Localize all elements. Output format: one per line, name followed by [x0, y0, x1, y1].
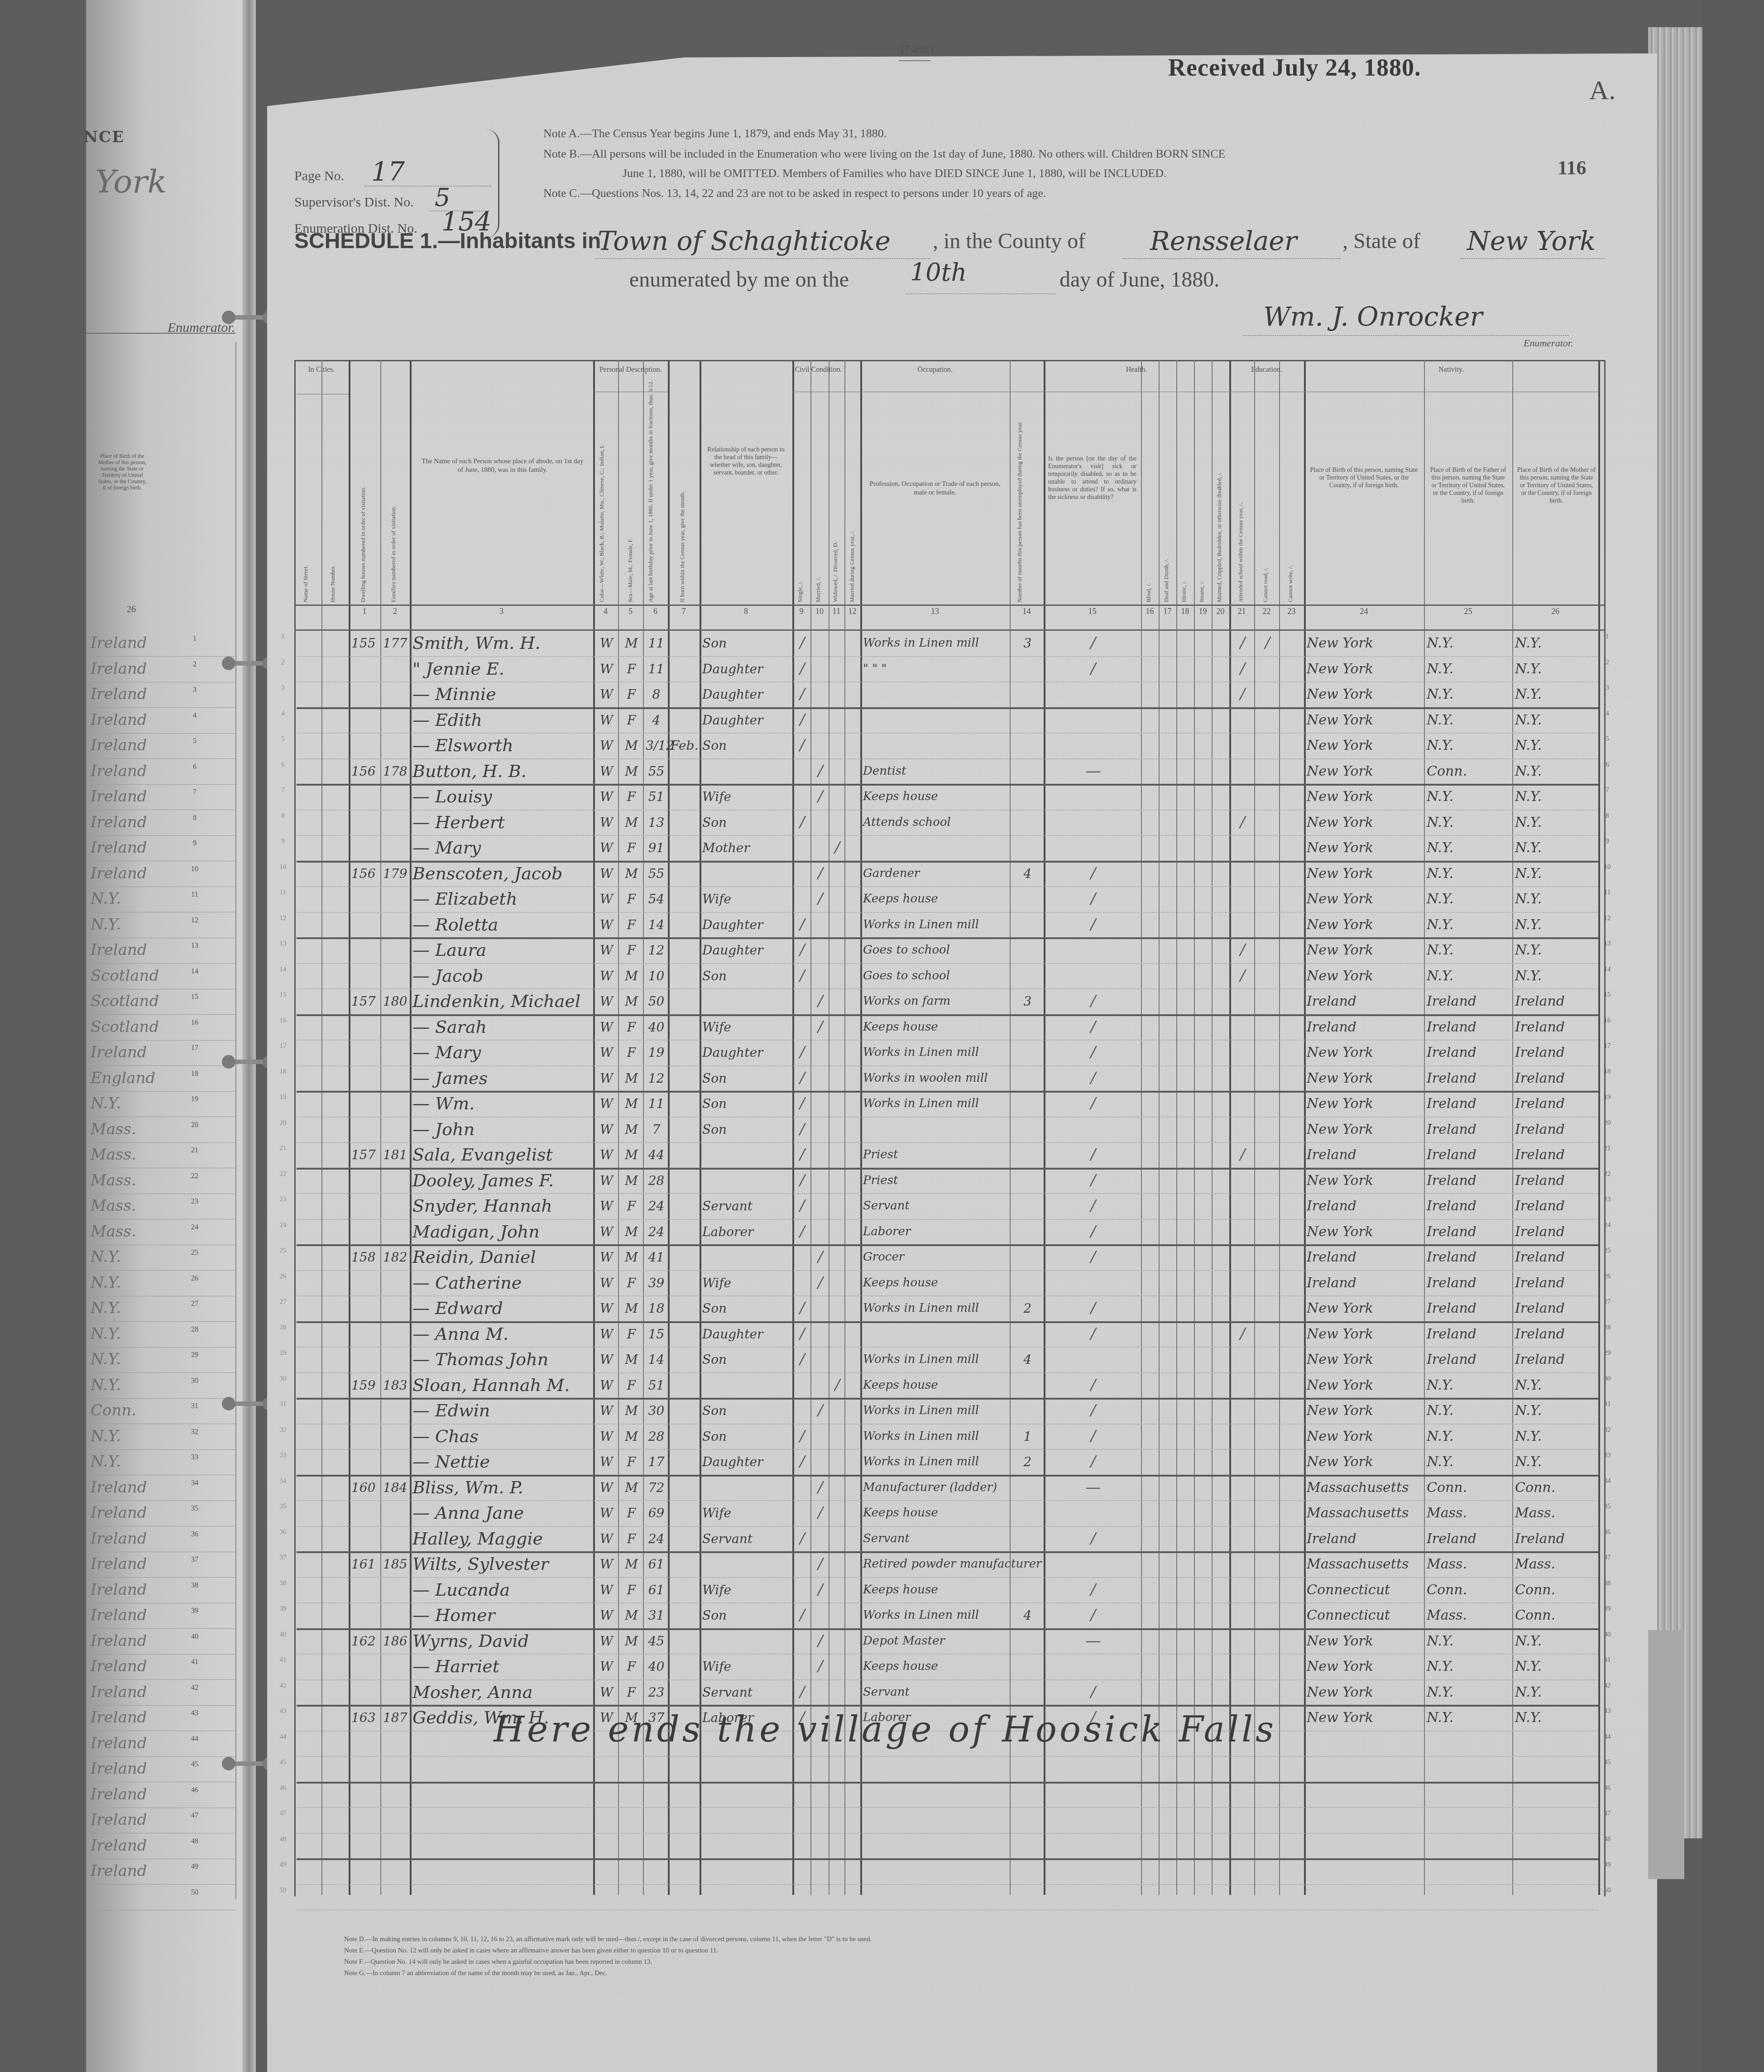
- cell-single: /: [795, 912, 810, 938]
- row-number: 42: [1601, 1682, 1614, 1690]
- cell-color: W: [596, 1014, 617, 1040]
- cell-read: [1257, 886, 1278, 912]
- previous-page-row-number: 14: [186, 968, 204, 976]
- cell-single: [795, 1014, 810, 1040]
- cell-widowed: [831, 1270, 844, 1296]
- cell-color: W: [596, 758, 617, 784]
- cell-c15: /: [1046, 1168, 1140, 1194]
- page-no-value: 17: [371, 156, 405, 187]
- cell-birth: Connecticut: [1307, 1577, 1423, 1603]
- cell-month: [671, 707, 699, 733]
- cell-married: [813, 1117, 828, 1142]
- cell-sex: M: [621, 733, 642, 758]
- cell-single: /: [795, 1449, 810, 1475]
- cell-age: 19: [646, 1040, 667, 1065]
- cell-father: Conn.: [1427, 1577, 1511, 1603]
- previous-page-row-number: 20: [186, 1121, 204, 1129]
- cell-name: Halley, Maggie: [412, 1526, 592, 1552]
- cell-c15: [1046, 1551, 1140, 1577]
- cell-sex: F: [621, 1654, 642, 1679]
- column-rule: [810, 360, 811, 1895]
- cell-name: Benscoten, Jacob: [412, 861, 592, 887]
- cell-widowed: [831, 1168, 844, 1194]
- column-number: 25: [1424, 607, 1512, 616]
- previous-page-entry: Ireland: [91, 1731, 235, 1757]
- column-rule: [1159, 360, 1160, 1895]
- enumerated-day-line: [906, 293, 1055, 294]
- cell-single: /: [795, 1193, 810, 1219]
- cell-family: [383, 886, 409, 912]
- cell-dwelling: [351, 1193, 379, 1219]
- group-header-rule: [792, 392, 860, 392]
- cell-family: [383, 1295, 409, 1321]
- cell-read: [1257, 810, 1278, 835]
- row-number-left: 29: [276, 1349, 290, 1357]
- column-number: 16: [1141, 607, 1159, 616]
- previous-page-row-number: 44: [186, 1735, 204, 1743]
- cell-occupation: [863, 707, 1009, 733]
- cell-occupation: Works in Linen mill: [863, 1295, 1009, 1321]
- cell-name: — Louisy: [412, 784, 592, 810]
- cell-occupation: [863, 733, 1009, 758]
- row-rule: [297, 1833, 1598, 1834]
- cell-relation: Wife: [702, 1270, 791, 1296]
- cell-sex: F: [621, 912, 642, 938]
- cell-single: /: [795, 1219, 810, 1245]
- cell-dwelling: 163: [351, 1705, 379, 1731]
- cell-single: /: [795, 1091, 810, 1117]
- previous-page-entry: Ireland: [91, 1756, 235, 1782]
- column-rule: [1194, 360, 1195, 1895]
- cell-read: [1257, 1449, 1278, 1475]
- cell-color: W: [596, 1219, 617, 1245]
- cell-single: [795, 1551, 810, 1577]
- cell-age: 11: [646, 656, 667, 682]
- row-number-left: 25: [276, 1247, 290, 1255]
- cell-married: [813, 835, 828, 861]
- cell-dwelling: [351, 1040, 379, 1065]
- cell-month: [671, 1424, 699, 1449]
- column-rule: [1512, 360, 1513, 1895]
- previous-page-row-number: 23: [186, 1198, 204, 1206]
- cell-married: [813, 1321, 828, 1347]
- cell-birth: New York: [1307, 630, 1423, 656]
- previous-page-row-number: 8: [186, 814, 204, 822]
- cell-read: [1257, 1551, 1278, 1577]
- column-rule: [1176, 360, 1177, 1895]
- row-number-left: 3: [276, 684, 290, 692]
- cell-occupation: Works in woolen mill: [863, 1065, 1009, 1091]
- previous-page-row-number: 47: [186, 1812, 204, 1820]
- column-number: 6: [643, 607, 668, 616]
- row-number: 14: [1601, 966, 1614, 974]
- previous-page-row-number: 39: [186, 1607, 204, 1615]
- cell-relation: Servant: [702, 1526, 791, 1552]
- cell-married: /: [813, 886, 828, 912]
- row-number: 1: [1601, 633, 1614, 641]
- cell-color: W: [596, 988, 617, 1014]
- column-number: 22: [1254, 607, 1279, 616]
- cell-widowed: [831, 656, 844, 682]
- cell-relation: Wife: [702, 886, 791, 912]
- cell-sex: M: [621, 988, 642, 1014]
- row-number: 34: [1601, 1477, 1614, 1485]
- previous-page-row-number: 3: [186, 686, 204, 694]
- cell-school: [1232, 1449, 1253, 1475]
- cell-unemployed: 1: [1012, 1424, 1043, 1449]
- cell-write: [1282, 1295, 1303, 1321]
- column-rule: [643, 360, 644, 1895]
- cell-school: /: [1232, 1321, 1253, 1347]
- cell-father: N.Y.: [1427, 886, 1511, 912]
- cell-occupation: Dentist: [863, 758, 1009, 784]
- cell-birth: New York: [1307, 784, 1423, 810]
- cell-relation: Son: [702, 1398, 791, 1424]
- cell-relation: Daughter: [702, 912, 791, 938]
- previous-page-row-number: 45: [186, 1760, 204, 1769]
- cell-c15: /: [1046, 1142, 1140, 1168]
- cell-sex: F: [621, 1040, 642, 1065]
- cell-dwelling: [351, 1295, 379, 1321]
- cell-write: [1282, 1577, 1303, 1603]
- previous-page-entry: N.Y.: [91, 1091, 235, 1117]
- footnote-f: Note F.—Question No. 14 will only be ask…: [344, 1958, 652, 1966]
- cell-c15: [1046, 681, 1140, 707]
- row-rule: [297, 1884, 1598, 1885]
- group-header-rule: [1229, 392, 1304, 392]
- cell-name: Wyrns, David: [412, 1628, 592, 1654]
- row-number-left: 5: [276, 735, 290, 743]
- enumerator-label: Enumerator.: [1524, 337, 1573, 349]
- cell-name: — Lucanda: [412, 1577, 592, 1603]
- cell-birth: New York: [1307, 861, 1423, 887]
- enumerator-signature: Wm. J. Onrocker: [1263, 301, 1482, 332]
- cell-relation: Wife: [702, 1014, 791, 1040]
- previous-page-entry: N.Y.: [91, 1347, 235, 1373]
- cell-father: Ireland: [1427, 1193, 1511, 1219]
- cell-single: /: [795, 707, 810, 733]
- cell-sex: F: [621, 1372, 642, 1398]
- cell-write: [1282, 1347, 1303, 1372]
- cell-dwelling: 159: [351, 1372, 379, 1398]
- cell-married: /: [813, 1475, 828, 1501]
- header-color: Color—White, W.; Black, B.; Mulatto, Mu.…: [599, 389, 612, 602]
- cell-birth: Ireland: [1307, 1193, 1423, 1219]
- row-number: 27: [1601, 1298, 1614, 1306]
- cell-family: [383, 733, 409, 758]
- previous-page-row-number: 25: [186, 1249, 204, 1257]
- cell-sex: F: [621, 707, 642, 733]
- cell-month: [671, 1014, 699, 1040]
- cell-unemployed: [1012, 1117, 1043, 1142]
- column-number: 23: [1279, 607, 1304, 616]
- cell-father: N.Y.: [1427, 1679, 1511, 1705]
- cell-mother: N.Y.: [1515, 733, 1597, 758]
- cell-occupation: Works in Linen mill: [863, 1424, 1009, 1449]
- row-number: 49: [1601, 1861, 1614, 1869]
- cell-name: — Minnie: [412, 681, 592, 707]
- cell-unemployed: [1012, 1244, 1043, 1270]
- cell-relation: Son: [702, 810, 791, 835]
- page-no-line: [364, 186, 491, 187]
- cell-color: W: [596, 912, 617, 938]
- cell-single: [795, 1577, 810, 1603]
- cell-dwelling: [351, 1679, 379, 1705]
- cell-read: [1257, 835, 1278, 861]
- cell-sex: M: [621, 758, 642, 784]
- cell-unemployed: [1012, 1679, 1043, 1705]
- cell-unemployed: [1012, 1091, 1043, 1117]
- cell-name: Sala, Evangelist: [412, 1142, 592, 1168]
- previous-page-row-number: 34: [186, 1479, 204, 1487]
- cell-occupation: Keeps house: [863, 1654, 1009, 1679]
- cell-unemployed: [1012, 1526, 1043, 1552]
- cell-birth: New York: [1307, 1372, 1423, 1398]
- cell-family: 186: [383, 1628, 409, 1654]
- header-father-birthplace: Place of Birth of the Father of this per…: [1428, 466, 1508, 505]
- cell-birth: New York: [1307, 1065, 1423, 1091]
- cell-father: N.Y.: [1427, 707, 1511, 733]
- cell-family: [383, 1014, 409, 1040]
- previous-page-entry: N.Y.: [91, 1295, 235, 1322]
- cell-birth: New York: [1307, 1398, 1423, 1424]
- cell-occupation: [863, 1117, 1009, 1142]
- row-number: 41: [1601, 1656, 1614, 1664]
- cell-read: [1257, 912, 1278, 938]
- cell-family: [383, 1117, 409, 1142]
- previous-page-row-number: 9: [186, 839, 204, 848]
- cell-father: Mass.: [1427, 1500, 1511, 1526]
- cell-relation: Laborer: [702, 1219, 791, 1245]
- cell-mother: N.Y.: [1515, 784, 1597, 810]
- cell-read: [1257, 1398, 1278, 1424]
- cell-mother: N.Y.: [1515, 1705, 1597, 1731]
- row-number-left: 40: [276, 1631, 290, 1639]
- cell-school: /: [1232, 937, 1253, 963]
- cell-family: [383, 1270, 409, 1296]
- cell-color: W: [596, 1091, 617, 1117]
- row-number-left: 23: [276, 1196, 290, 1204]
- column-number: 10: [810, 607, 829, 616]
- cell-school: /: [1232, 963, 1253, 989]
- cell-mother: Ireland: [1515, 1193, 1597, 1219]
- cell-sex: M: [621, 1168, 642, 1194]
- row-number-left: 12: [276, 915, 290, 922]
- previous-page-entry: Ireland: [91, 810, 235, 836]
- page-stack-shadow: [1702, 0, 1764, 2072]
- previous-page-entry: N.Y.: [91, 1321, 235, 1348]
- cell-mother: Ireland: [1515, 1219, 1597, 1245]
- cell-occupation: Keeps house: [863, 1500, 1009, 1526]
- cell-c15: /: [1046, 1091, 1140, 1117]
- cell-mother: Ireland: [1515, 1321, 1597, 1347]
- previous-page-entry: Ireland: [91, 1475, 235, 1501]
- row-number-left: 13: [276, 940, 290, 948]
- cell-school: [1232, 1219, 1253, 1245]
- cell-read: [1257, 1014, 1278, 1040]
- cell-sex: M: [621, 861, 642, 887]
- row-number: 15: [1601, 991, 1614, 999]
- cell-family: [383, 1602, 409, 1628]
- cell-birth: Massachusetts: [1307, 1475, 1423, 1501]
- row-number: 4: [1601, 710, 1614, 718]
- header-attended-school: Attended school within the Census year, …: [1237, 417, 1244, 602]
- cell-month: Feb.: [671, 733, 699, 758]
- cell-unemployed: [1012, 835, 1043, 861]
- enumerated-label: enumerated by me on the: [629, 267, 849, 292]
- cell-mother: N.Y.: [1515, 1424, 1597, 1449]
- cell-age: 45: [646, 1628, 667, 1654]
- cell-widowed: [831, 1091, 844, 1117]
- cell-relation: Son: [702, 1602, 791, 1628]
- cell-color: W: [596, 1551, 617, 1577]
- cell-color: W: [596, 937, 617, 963]
- cell-sex: F: [621, 1321, 642, 1347]
- cell-widowed: [831, 963, 844, 989]
- cell-mother: Conn.: [1515, 1475, 1597, 1501]
- cell-write: [1282, 1219, 1303, 1245]
- cell-sex: M: [621, 1091, 642, 1117]
- previous-page-row-number: 6: [186, 763, 204, 771]
- cell-write: [1282, 630, 1303, 656]
- cell-age: 61: [646, 1551, 667, 1577]
- cell-write: [1282, 1091, 1303, 1117]
- cell-school: [1232, 861, 1253, 887]
- cell-color: W: [596, 1628, 617, 1654]
- cell-write: [1282, 861, 1303, 887]
- cell-widowed: [831, 937, 844, 963]
- row-number-left: 26: [276, 1273, 290, 1281]
- header-house: House Number.: [330, 489, 336, 602]
- column-number: 18: [1176, 607, 1194, 616]
- cell-school: [1232, 758, 1253, 784]
- previous-page-entry: Ireland: [91, 1705, 235, 1731]
- cell-widowed: [831, 1475, 844, 1501]
- previous-page-row-number: 41: [186, 1658, 204, 1666]
- cell-school: [1232, 1014, 1253, 1040]
- cell-relation: Son: [702, 1117, 791, 1142]
- cell-relation: [702, 1551, 791, 1577]
- cell-color: W: [596, 886, 617, 912]
- cell-occupation: Works in Linen mill: [863, 1602, 1009, 1628]
- cell-married: [813, 1142, 828, 1168]
- previous-page-row-number: 31: [186, 1402, 204, 1410]
- cell-single: [795, 758, 810, 784]
- cell-unemployed: [1012, 1628, 1043, 1654]
- cell-birth: New York: [1307, 656, 1423, 682]
- cell-school: /: [1232, 681, 1253, 707]
- cell-father: N.Y.: [1427, 835, 1511, 861]
- cell-age: 40: [646, 1654, 667, 1679]
- note-c: Note C.—Questions Nos. 13, 14, 22 and 23…: [543, 187, 1046, 200]
- cell-age: 55: [646, 758, 667, 784]
- cell-write: [1282, 1321, 1303, 1347]
- cell-unemployed: [1012, 937, 1043, 963]
- row-number: 20: [1601, 1119, 1614, 1127]
- previous-page-entry: Ireland: [91, 656, 235, 682]
- cell-write: [1282, 1654, 1303, 1679]
- previous-page-row-number: 33: [186, 1453, 204, 1462]
- cell-school: /: [1232, 810, 1253, 835]
- cell-relation: Daughter: [702, 656, 791, 682]
- cell-father: N.Y.: [1427, 1628, 1511, 1654]
- cell-birth: New York: [1307, 963, 1423, 989]
- cell-write: [1282, 988, 1303, 1014]
- row-number: 47: [1601, 1810, 1614, 1818]
- row-number-left: 18: [276, 1068, 290, 1076]
- cell-read: [1257, 1244, 1278, 1270]
- cell-c15: —: [1046, 1628, 1140, 1654]
- cell-father: N.Y.: [1427, 681, 1511, 707]
- previous-page-row-number: 19: [186, 1095, 204, 1103]
- cell-mother: Ireland: [1515, 988, 1597, 1014]
- cell-c15: /: [1046, 988, 1140, 1014]
- column-rule: [1598, 360, 1600, 1895]
- previous-page-entry: Ireland: [91, 707, 235, 734]
- cell-name: — Mary: [412, 1040, 592, 1065]
- cell-c15: /: [1046, 912, 1140, 938]
- cell-age: 28: [646, 1168, 667, 1194]
- cell-write: [1282, 1117, 1303, 1142]
- cell-month: [671, 1475, 699, 1501]
- cell-single: [795, 988, 810, 1014]
- cell-occupation: Servant: [863, 1679, 1009, 1705]
- cell-month: [671, 1321, 699, 1347]
- cell-name: — Laura: [412, 937, 592, 963]
- cell-family: [383, 1654, 409, 1679]
- cell-name: — Sarah: [412, 1014, 592, 1040]
- header-idiotic: Idiotic, /.: [1181, 548, 1187, 602]
- cell-dwelling: [351, 1321, 379, 1347]
- previous-page-row-number: 48: [186, 1837, 204, 1846]
- cell-birth: Ireland: [1307, 1270, 1423, 1296]
- cell-dwelling: [351, 912, 379, 938]
- cell-mother: Ireland: [1515, 1347, 1597, 1372]
- cell-dwelling: [351, 1219, 379, 1245]
- previous-page-entry: N.Y.: [91, 912, 235, 938]
- cell-sex: F: [621, 681, 642, 707]
- cell-name: Madigan, John: [412, 1219, 592, 1245]
- cell-age: 4: [646, 707, 667, 733]
- cell-color: W: [596, 733, 617, 758]
- column-number: 13: [860, 607, 1010, 616]
- row-number: 44: [1601, 1733, 1614, 1741]
- cell-single: [795, 1244, 810, 1270]
- cell-family: [383, 1193, 409, 1219]
- cell-read: [1257, 1526, 1278, 1552]
- cell-married: [813, 630, 828, 656]
- cell-father: Mass.: [1427, 1551, 1511, 1577]
- sheet-letter: A.: [1589, 75, 1615, 106]
- cell-color: W: [596, 1270, 617, 1296]
- cell-married: /: [813, 1628, 828, 1654]
- cell-name: Smith, Wm. H.: [412, 630, 592, 656]
- header-relationship: Relationship of each person to the head …: [704, 446, 788, 477]
- cell-month: [671, 630, 699, 656]
- cell-school: [1232, 1654, 1253, 1679]
- cell-color: W: [596, 1321, 617, 1347]
- cell-sex: F: [621, 656, 642, 682]
- cell-unemployed: [1012, 656, 1043, 682]
- cell-month: [671, 1219, 699, 1245]
- cell-single: /: [795, 733, 810, 758]
- header-unemployed: Number of months this person has been un…: [1016, 408, 1030, 602]
- header-occupation: Profession, Occupation or Trade of each …: [867, 480, 1003, 497]
- cell-color: W: [596, 1244, 617, 1270]
- cell-month: [671, 1372, 699, 1398]
- cell-married: /: [813, 1577, 828, 1603]
- previous-page-row-number: 21: [186, 1146, 204, 1155]
